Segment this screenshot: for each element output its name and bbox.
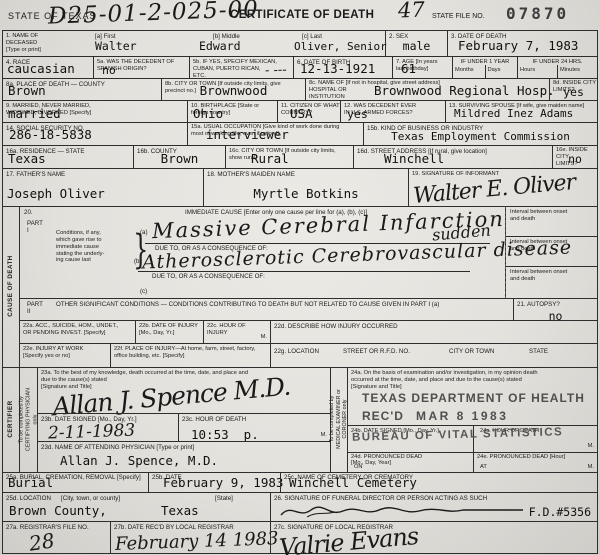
under-1-year-subcells: Months Days bbox=[453, 65, 517, 78]
field-date-of-birth: 6. DATE OF BIRTH 12-13-1921 bbox=[293, 56, 393, 79]
field-city-or-town: 8b. CITY OR TOWN [If outside city limits… bbox=[161, 78, 306, 101]
birthplace-value: Ohio bbox=[193, 106, 223, 121]
field-date-signed-physician: 23b. DATE SIGNED [Mo., Day, Yr.] 2-11-19… bbox=[37, 413, 179, 442]
cause-number: 20. bbox=[24, 209, 33, 216]
certifier-side-strip: CERTIFIER bbox=[2, 367, 20, 473]
pronounced-dead-m: M. bbox=[588, 464, 594, 471]
field-how-injury-occurred: 22d. DESCRIBE HOW INJURY OCCURRED bbox=[270, 320, 598, 344]
field-birthplace: 10. BIRTHPLACE [State or foreign country… bbox=[187, 100, 278, 123]
burial-location-state-label: [State] bbox=[215, 495, 233, 502]
field-manner-of-death: 22a. ACC., SUICIDE, HOM., UNDET., OR PEN… bbox=[19, 320, 136, 344]
burial-location-state-value: Texas bbox=[161, 503, 199, 518]
middle-name-value: Edward bbox=[199, 39, 241, 53]
field-attending-physician: 23d. NAME OF ATTENDING PHYSICIAN [Type o… bbox=[37, 441, 331, 473]
medical-examiner-strip: To be completed by MEDICAL EXAMINER or C… bbox=[330, 367, 348, 473]
field-usual-occupation: 15a. USUAL OCCUPATION [Give kind of work… bbox=[187, 122, 364, 146]
field-marital-status: 9. MARRIED, NEVER MARRIED, WIDOWED, DIVO… bbox=[2, 100, 188, 123]
conditions-note: Conditions, if any, which gave rise to i… bbox=[56, 230, 104, 264]
recd-date-stamp: MAR 8 1983 bbox=[416, 409, 508, 423]
armed-forces-value: yes bbox=[347, 107, 368, 121]
hour-of-injury-m: M. bbox=[261, 334, 267, 341]
field-funeral-director-signature: 26. SIGNATURE OF FUNERAL DIRECTOR OR PER… bbox=[270, 492, 598, 522]
under-24-hrs-subcells: Hours Minutes bbox=[518, 65, 597, 78]
field-armed-forces: 12. WAS DECEDENT EVER IN U.S. ARMED FORC… bbox=[340, 100, 446, 123]
health-dept-stamp: TEXAS DEPARTMENT OF HEALTH bbox=[362, 391, 585, 405]
certificate-title: CERTIFICATE OF DEATH bbox=[230, 9, 374, 23]
field-residence-city: 16c. CITY OR TOWN [If outside city limit… bbox=[225, 145, 354, 169]
cause-c-tag: (c) bbox=[140, 288, 147, 295]
business-industry-value: Texas Employment Commission bbox=[364, 130, 597, 143]
pronounced-dead-on: ON bbox=[354, 464, 363, 471]
months-label: Months bbox=[455, 67, 474, 74]
race-value: caucasian bbox=[7, 61, 75, 76]
hospital-value: Brownwood Regional Hosp. bbox=[374, 83, 555, 98]
field-mother-maiden-name: 18. MOTHER'S MAIDEN NAME Myrtle Botkins bbox=[203, 168, 409, 207]
injury-location-label: 22g. LOCATION bbox=[274, 348, 319, 355]
field-date-of-injury: 22b. DATE OF INJURY [Mo., Day, Yr.] bbox=[135, 320, 204, 344]
street-address-value: Winchell bbox=[384, 151, 444, 166]
manner-of-death-label: 22a. ACC., SUICIDE, HOM., UNDET., OR PEN… bbox=[23, 323, 118, 337]
marital-status-value: married bbox=[8, 106, 61, 121]
medical-examiner-note: To be completed by MEDICAL EXAMINER or C… bbox=[331, 368, 347, 470]
state-file-no-label: STATE FILE NO. bbox=[432, 13, 485, 21]
certifier-side-label: CERTIFIER bbox=[3, 368, 19, 470]
injury-location-street-label: STREET OR R.F.D. NO. bbox=[343, 348, 410, 355]
hour-of-death-me-m: M. bbox=[588, 443, 594, 450]
field-inside-city-limits-death: 8d. INSIDE CITY LIMITS? yes bbox=[549, 78, 598, 101]
father-name-value: Joseph Oliver bbox=[7, 186, 105, 201]
minutes-label: Minutes bbox=[560, 67, 580, 74]
funeral-director-signature bbox=[277, 501, 527, 521]
field-inside-city-limits-res: 16e. INSIDE CITY LIMITS? no bbox=[552, 145, 598, 169]
sex-value: male bbox=[386, 39, 447, 53]
inside-city-limits-death-value: yes bbox=[550, 85, 597, 99]
interval-c-label: Interval between onset and death bbox=[510, 269, 567, 283]
field-cemetery-name: 25c. NAME OF CEMETERY OR CREMATORY Winch… bbox=[280, 472, 598, 493]
field-hospital-or-institution: 8c. NAME OF [If not in hospital, give st… bbox=[305, 78, 550, 101]
field-spanish-origin: 5a. WAS THE DECEDENT OF SPANISH ORIGIN? … bbox=[93, 56, 190, 79]
burial-location-city-value: Brown County, bbox=[9, 503, 107, 518]
field-burial-location: 25d. LOCATION [City, town, or county] [S… bbox=[2, 492, 271, 522]
field-name-of-deceased: 1. NAME OF DECEASED [Type or print] [a] … bbox=[2, 30, 386, 57]
burial-location-label: 25d. LOCATION bbox=[6, 495, 51, 502]
field-place-of-death-county: 8a. PLACE OF DEATH — COUNTY Brown bbox=[2, 78, 162, 101]
field-street-address: 16d. STREET ADDRESS [If rural, give loca… bbox=[353, 145, 553, 169]
name-label: 1. NAME OF DECEASED [Type or print] bbox=[6, 33, 41, 54]
field-hour-of-injury: 22c. HOUR OF INJURY M. bbox=[203, 320, 271, 344]
first-name-value: Walter bbox=[95, 39, 137, 53]
part2-text: OTHER SIGNIFICANT CONDITIONS — CONDITION… bbox=[56, 301, 508, 308]
injury-location-city-label: CITY OR TOWN bbox=[449, 348, 494, 355]
hour-of-death-m: M. bbox=[321, 432, 327, 439]
field-date-recd-registrar: 27b. DATE REC'D BY LOCAL REGISTRAR Febru… bbox=[110, 521, 271, 554]
attending-physician-label: 23d. NAME OF ATTENDING PHYSICIAN [Type o… bbox=[41, 444, 194, 451]
interval-b-label: Interval between onset and death bbox=[510, 239, 567, 253]
injury-at-work-label: 22e. INJURY AT WORK [Specify yes or no] bbox=[23, 346, 83, 360]
me-certification-label: 24a. On the basis of examination and/or … bbox=[351, 370, 594, 391]
date-of-birth-value: 12-13-1921 bbox=[300, 61, 375, 76]
spanish-specify-value: - --- bbox=[265, 63, 287, 79]
pronounced-dead-at: AT bbox=[480, 464, 487, 471]
hour-of-death-label: 23c. HOUR OF DEATH bbox=[182, 416, 246, 423]
hours-label: Hours bbox=[520, 67, 535, 74]
field-registrar-file-no: 27a. REGISTRAR'S FILE NO. 28 bbox=[2, 521, 111, 554]
burial-date-value: February 9, 1983 bbox=[163, 475, 283, 490]
residence-county-value: Brown bbox=[134, 151, 225, 166]
interval-a-cell: Interval between onset and death bbox=[505, 206, 598, 237]
autopsy-label: 21. AUTOPSY? bbox=[517, 301, 560, 308]
days-label: Days bbox=[488, 67, 501, 74]
residence-state-value: Texas bbox=[8, 151, 46, 166]
field-spanish-specify: 5b. IF YES, SPECIFY MEXICAN, CUBAN, PUER… bbox=[189, 56, 294, 79]
field-citizen-of: 11. CITIZEN OF WHAT COUNTRY? USA bbox=[277, 100, 341, 123]
hour-of-death-value: 10:53 p. bbox=[191, 427, 259, 442]
field-if-under-24-hrs: IF UNDER 24 HRS. Hours Minutes bbox=[517, 56, 598, 79]
place-of-injury-label: 22f. PLACE OF INJURY—At home, farm, stre… bbox=[114, 346, 255, 360]
attending-physician-value: Allan J. Spence, M.D. bbox=[60, 453, 218, 468]
mother-maiden-name-value: Myrtle Botkins bbox=[204, 186, 408, 201]
hour-of-injury-label: 22c. HOUR OF INJURY bbox=[207, 323, 246, 337]
citizen-of-value: USA bbox=[290, 106, 313, 121]
field-surviving-spouse: 13. SURVIVING SPOUSE [If wife, give maid… bbox=[445, 100, 598, 123]
last-name-value: Oliver, Senior bbox=[294, 40, 387, 53]
field-burial-date: 25b. DATE February 9, 1983 bbox=[148, 472, 281, 493]
cemetery-name-value: Winchell Cemetery bbox=[289, 475, 417, 490]
field-business-industry: 15b. KIND OF BUSINESS OR INDUSTRY Texas … bbox=[363, 122, 598, 146]
surviving-spouse-value: Mildred Inez Adams bbox=[454, 107, 573, 120]
part2-label: PART II bbox=[27, 301, 43, 316]
field-if-under-1-year: IF UNDER 1 YEAR Months Days bbox=[452, 56, 518, 79]
cause-of-death-side-label: CAUSE OF DEATH bbox=[3, 207, 19, 365]
interval-a-label: Interval between onset and death bbox=[510, 209, 567, 223]
cause-a-tag: (a) bbox=[140, 229, 148, 236]
pronounced-dead-hour-label: 24e. PRONOUNCED DEAD [Hour] bbox=[477, 454, 565, 461]
burial-type-value: Burial bbox=[8, 475, 53, 490]
field-race: 4. RACE caucasian bbox=[2, 56, 94, 79]
mother-maiden-name-label: 18. MOTHER'S MAIDEN NAME bbox=[207, 171, 295, 178]
field-social-security: 14. SOCIAL SECURITY NO. 286-18-5838 bbox=[2, 122, 188, 146]
field-local-registrar-signature: 27c. SIGNATURE OF LOCAL REGISTRAR Valrie… bbox=[270, 521, 598, 554]
burial-location-city-label: [City, town, or county] bbox=[61, 495, 120, 502]
death-certificate: STATE OF TEXAS D25-01-2-025-00 CERTIFICA… bbox=[0, 0, 600, 555]
certifying-physician-strip: To be completed by CERTIFYING PHYSICIAN … bbox=[19, 367, 38, 473]
field-informant-signature: 19. SIGNATURE OF INFORMANT Walter E. Oli… bbox=[408, 168, 598, 207]
field-place-of-injury: 22f. PLACE OF INJURY—At home, farm, stre… bbox=[110, 343, 271, 368]
father-name-label: 17. FATHER'S NAME bbox=[6, 171, 65, 178]
cause-b-tag: (b) bbox=[134, 258, 142, 265]
date-recd-registrar-value: February 14 1983 bbox=[115, 528, 279, 555]
age-value: 61 bbox=[401, 61, 416, 76]
handwritten-file-code: D25-01-2-025-00 bbox=[48, 0, 260, 30]
interval-c-cell: Interval between onset and death bbox=[505, 266, 598, 299]
field-age: 7. AGE [In years last birthday] 61 bbox=[392, 56, 453, 79]
cause-b-line bbox=[138, 271, 470, 272]
cause-of-death-side-strip: CAUSE OF DEATH bbox=[2, 206, 20, 368]
residence-city-value: Rural bbox=[251, 151, 289, 166]
field-burial-type: 25a. BURIAL, CREMATION, REMOVAL [Specify… bbox=[2, 472, 149, 493]
place-of-death-county-value: Brown bbox=[8, 83, 46, 98]
cause-part1-cell: 20. PART I Conditions, if any, which gav… bbox=[19, 206, 506, 299]
field-father-name: 17. FATHER'S NAME Joseph Oliver bbox=[2, 168, 204, 207]
due-to-2: DUE TO, OR AS A CONSEQUENCE OF: bbox=[152, 273, 265, 280]
date-of-death-value: February 7, 1983 bbox=[458, 38, 578, 53]
city-or-town-value: Brownwood bbox=[162, 83, 305, 98]
interval-b-cell: Interval between onset and death bbox=[505, 236, 598, 267]
inside-city-limits-res-value: no bbox=[553, 152, 597, 166]
field-injury-location: 22g. LOCATION STREET OR R.F.D. NO. CITY … bbox=[270, 343, 598, 368]
spanish-origin-value: no bbox=[102, 63, 116, 77]
field-residence-state: 16a. RESIDENCE — STATE Texas bbox=[2, 145, 134, 169]
usual-occupation-value: interviewer bbox=[206, 127, 289, 142]
injury-location-state-label: STATE bbox=[529, 348, 548, 355]
field-residence-county: 16b. COUNTY Brown bbox=[133, 145, 226, 169]
cause-part2-cell: PART II OTHER SIGNIFICANT CONDITIONS — C… bbox=[19, 298, 514, 321]
part1-label: PART I bbox=[27, 220, 43, 235]
field-hour-of-death: 23c. HOUR OF DEATH 10:53 p. M. bbox=[178, 413, 331, 442]
field-autopsy: 21. AUTOPSY? no bbox=[513, 298, 598, 321]
how-injury-occurred-label: 22d. DESCRIBE HOW INJURY OCCURRED bbox=[274, 323, 398, 330]
social-security-value: 286-18-5838 bbox=[9, 127, 92, 142]
field-sex: 2. SEX male bbox=[385, 30, 448, 57]
funeral-director-number: F.D.#5356 bbox=[529, 505, 591, 519]
field-me-certification: 24a. On the basis of examination and/or … bbox=[347, 367, 598, 426]
field-pronounced-dead-date: 24d. PRONOUNCED DEAD [Mo., Day, Year] ON bbox=[347, 452, 474, 473]
field-physician-certification: 23a. To the best of my knowledge, death … bbox=[37, 367, 331, 414]
date-of-injury-label: 22b. DATE OF INJURY [Mo., Day, Yr.] bbox=[139, 323, 198, 337]
registrar-file-no-value: 28 bbox=[27, 528, 56, 555]
recd-stamp: REC'D bbox=[362, 409, 404, 423]
state-file-number: 07870 bbox=[506, 4, 569, 23]
handwritten-number: 47 bbox=[398, 0, 426, 22]
field-date-of-death: 3. DATE OF DEATH February 7, 1983 bbox=[447, 30, 598, 57]
field-injury-at-work: 22e. INJURY AT WORK [Specify yes or no] bbox=[19, 343, 111, 368]
field-pronounced-dead-hour: 24e. PRONOUNCED DEAD [Hour] AT M. bbox=[473, 452, 598, 473]
certifying-physician-note: To be completed by CERTIFYING PHYSICIAN … bbox=[21, 369, 38, 471]
